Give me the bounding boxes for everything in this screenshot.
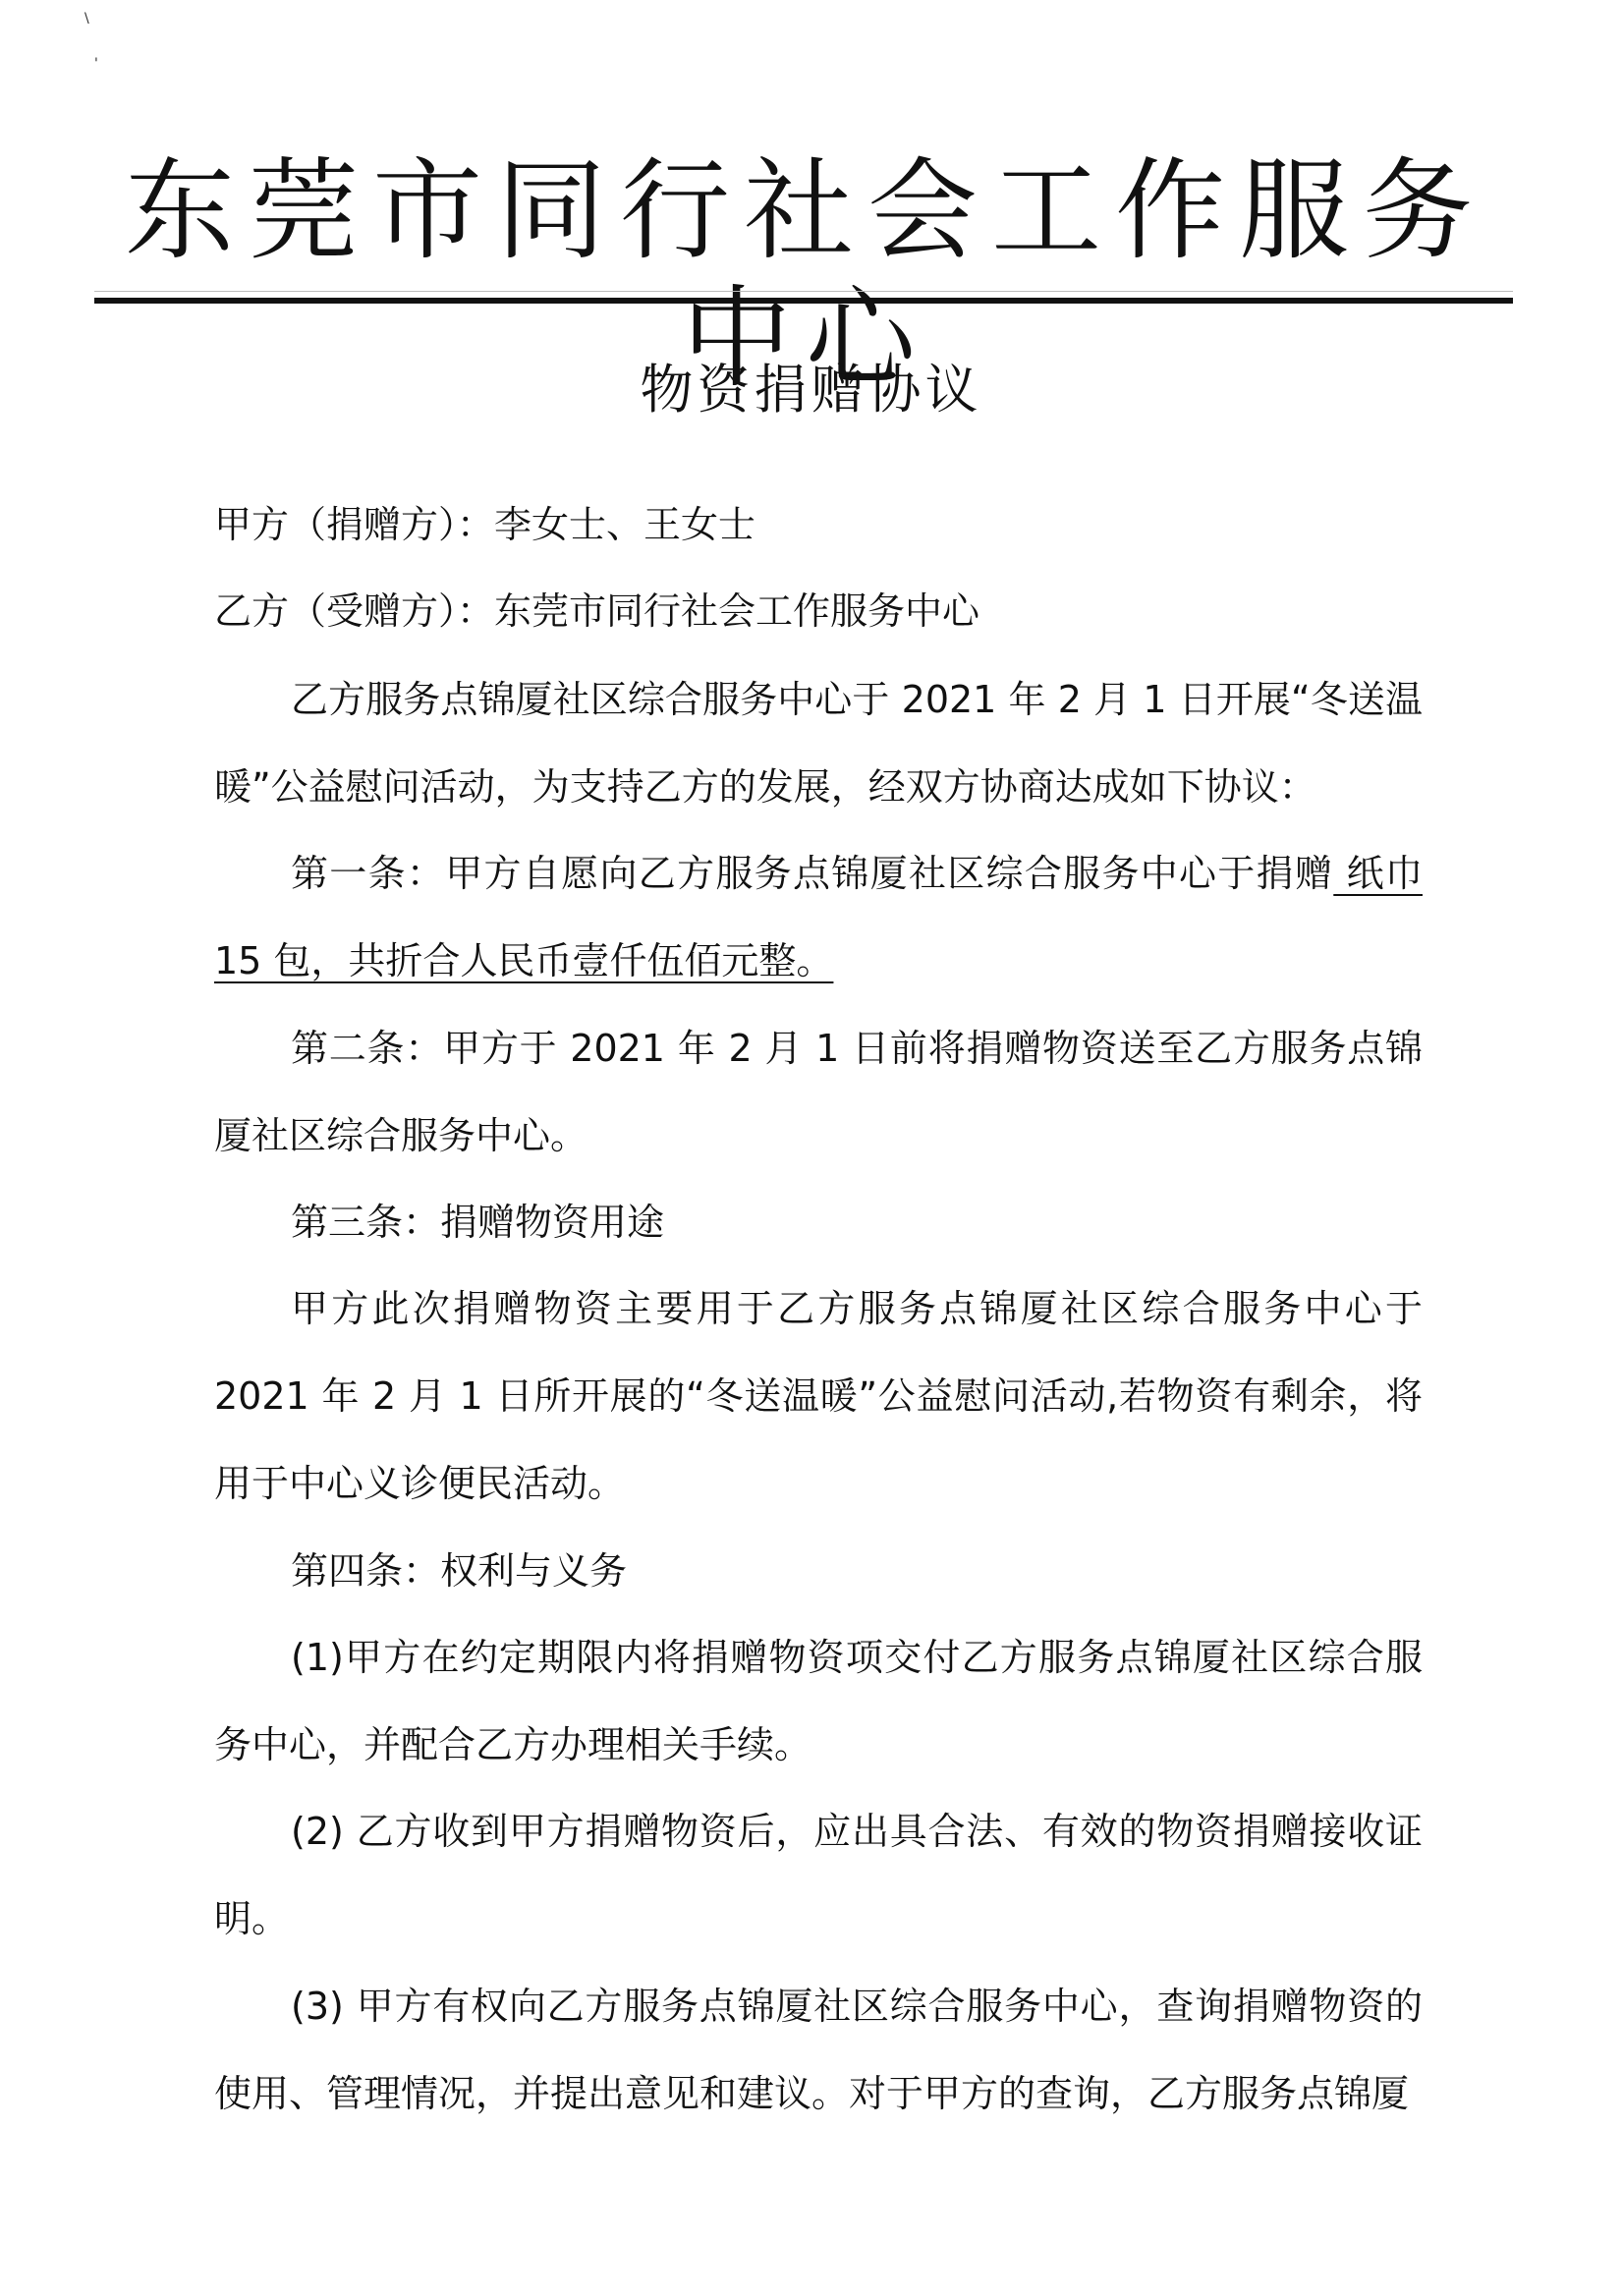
article-3-body: 甲方此次捐赠物资主要用于乙方服务点锦厦社区综合服务中心于 2021 年 2 月 … xyxy=(214,1265,1423,1528)
article-4-item-2: (2) 乙方收到甲方捐赠物资后，应出具合法、有效的物资捐赠接收证明。 xyxy=(214,1788,1423,1963)
intro-paragraph: 乙方服务点锦厦社区综合服务中心于 2021 年 2 月 1 日开展“冬送温暖”公… xyxy=(214,656,1423,831)
document-title: 物资捐赠协议 xyxy=(0,356,1622,424)
article-2: 第二条：甲方于 2021 年 2 月 1 日前将捐赠物资送至乙方服务点锦厦社区综… xyxy=(214,1005,1423,1180)
article-4-item-1: (1)甲方在约定期限内将捐赠物资项交付乙方服务点锦厦社区综合服务中心，并配合乙方… xyxy=(214,1614,1423,1789)
article-1-text: 第一条：甲方自愿向乙方服务点锦厦社区综合服务中心于捐赠 xyxy=(291,852,1333,895)
party-a-line: 甲方（捐赠方）：李女士、王女士 xyxy=(214,481,1423,569)
party-b-label: 乙方（受赠方）： xyxy=(214,589,494,633)
scan-artifact: \ xyxy=(84,12,89,26)
party-b-value: 东莞市同行社会工作服务中心 xyxy=(494,589,979,633)
article-3-heading: 第三条：捐赠物资用途 xyxy=(214,1179,1423,1266)
scan-artifact: ' xyxy=(94,57,98,71)
letterhead-rule xyxy=(94,298,1513,304)
party-a-value: 李女士、王女士 xyxy=(494,503,755,546)
party-b-line: 乙方（受赠方）：东莞市同行社会工作服务中心 xyxy=(214,568,1423,655)
letterhead-thin-rule xyxy=(94,291,1513,292)
party-a-label: 甲方（捐赠方）： xyxy=(214,503,494,546)
article-4-heading: 第四条：权利与义务 xyxy=(214,1528,1423,1615)
article-1: 第一条：甲方自愿向乙方服务点锦厦社区综合服务中心于捐赠 纸巾 15 包，共折合人… xyxy=(214,830,1423,1005)
article-4-item-3: (3) 甲方有权向乙方服务点锦厦社区综合服务中心，查询捐赠物资的使用、管理情况，… xyxy=(214,1963,1423,2138)
